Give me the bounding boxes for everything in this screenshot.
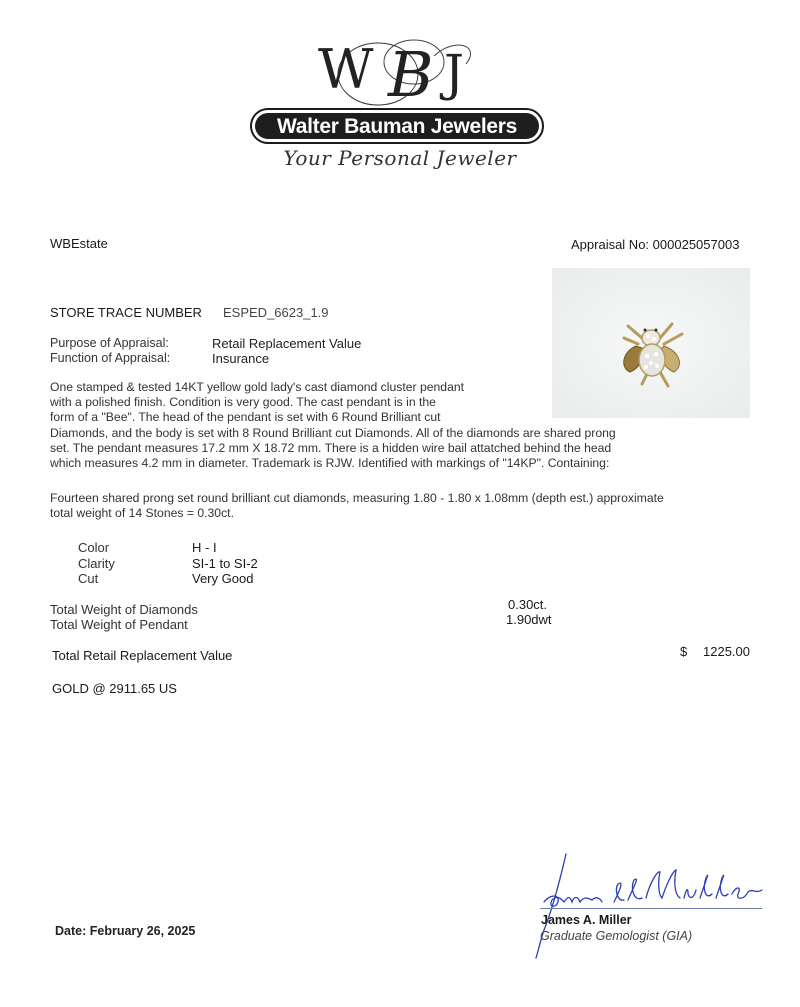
spec-value-cut: Very Good [192, 571, 253, 586]
total-value-label: Total Retail Replacement Value [52, 648, 232, 663]
svg-text:B: B [387, 38, 434, 106]
spec-value-clarity: SI-1 to SI-2 [192, 556, 258, 571]
wbj-monogram-logo: W B J [316, 26, 486, 106]
pendant-weight-value: 1.90dwt [506, 612, 552, 627]
appraisal-number: Appraisal No: 000025057003 [571, 237, 739, 252]
store-trace-label: STORE TRACE NUMBER [50, 305, 202, 320]
signature-image [530, 850, 780, 960]
item-description: One stamped & tested 14KT yellow gold la… [50, 380, 710, 471]
spec-label-cut: Cut [78, 571, 98, 586]
spec-label-color: Color [78, 540, 109, 555]
company-name: Walter Bauman Jewelers [255, 113, 539, 139]
total-amount: 1225.00 [703, 644, 750, 659]
function-value: Insurance [212, 351, 269, 366]
total-currency: $ [680, 644, 687, 659]
purpose-value: Retail Replacement Value [212, 336, 361, 351]
pendant-weight-label: Total Weight of Pendant [50, 617, 188, 632]
description-line: with a polished finish. Condition is ver… [50, 395, 710, 410]
gold-price: GOLD @ 2911.65 US [52, 681, 177, 696]
description-line: form of a "Bee". The head of the pendant… [50, 410, 710, 425]
stones-description: Fourteen shared prong set round brillian… [50, 491, 750, 521]
description-line: set. The pendant measures 17.2 mm X 18.7… [50, 441, 710, 456]
description-line: One stamped & tested 14KT yellow gold la… [50, 380, 710, 395]
svg-text:J: J [439, 44, 464, 102]
stones-line: total weight of 14 Stones = 0.30ct. [50, 506, 750, 521]
appraisal-date: Date: February 26, 2025 [55, 924, 195, 938]
store-trace-value: ESPED_6623_1.9 [223, 305, 329, 320]
stones-line: Fourteen shared prong set round brillian… [50, 491, 750, 506]
source-label: WBEstate [50, 236, 108, 251]
diamond-weight-value: 0.30ct. [508, 597, 547, 612]
function-label: Function of Appraisal: [50, 351, 170, 365]
diamond-weight-label: Total Weight of Diamonds [50, 602, 198, 617]
purpose-label: Purpose of Appraisal: [50, 336, 169, 350]
description-line: which measures 4.2 mm in diameter. Trade… [50, 456, 710, 471]
appraisal-number-value: 000025057003 [653, 237, 740, 252]
company-name-banner: Walter Bauman Jewelers [250, 108, 544, 144]
signer-title: Graduate Gemologist (GIA) [540, 929, 692, 943]
spec-label-clarity: Clarity [78, 556, 115, 571]
signer-name: James A. Miller [541, 913, 632, 927]
company-tagline: Your Personal Jeweler [250, 146, 550, 170]
description-line: Diamonds, and the body is set with 8 Rou… [50, 426, 710, 441]
svg-text:W: W [318, 38, 374, 101]
appraisal-number-label: Appraisal No: [571, 237, 649, 252]
signature-line [540, 908, 762, 909]
spec-value-color: H - I [192, 540, 217, 555]
